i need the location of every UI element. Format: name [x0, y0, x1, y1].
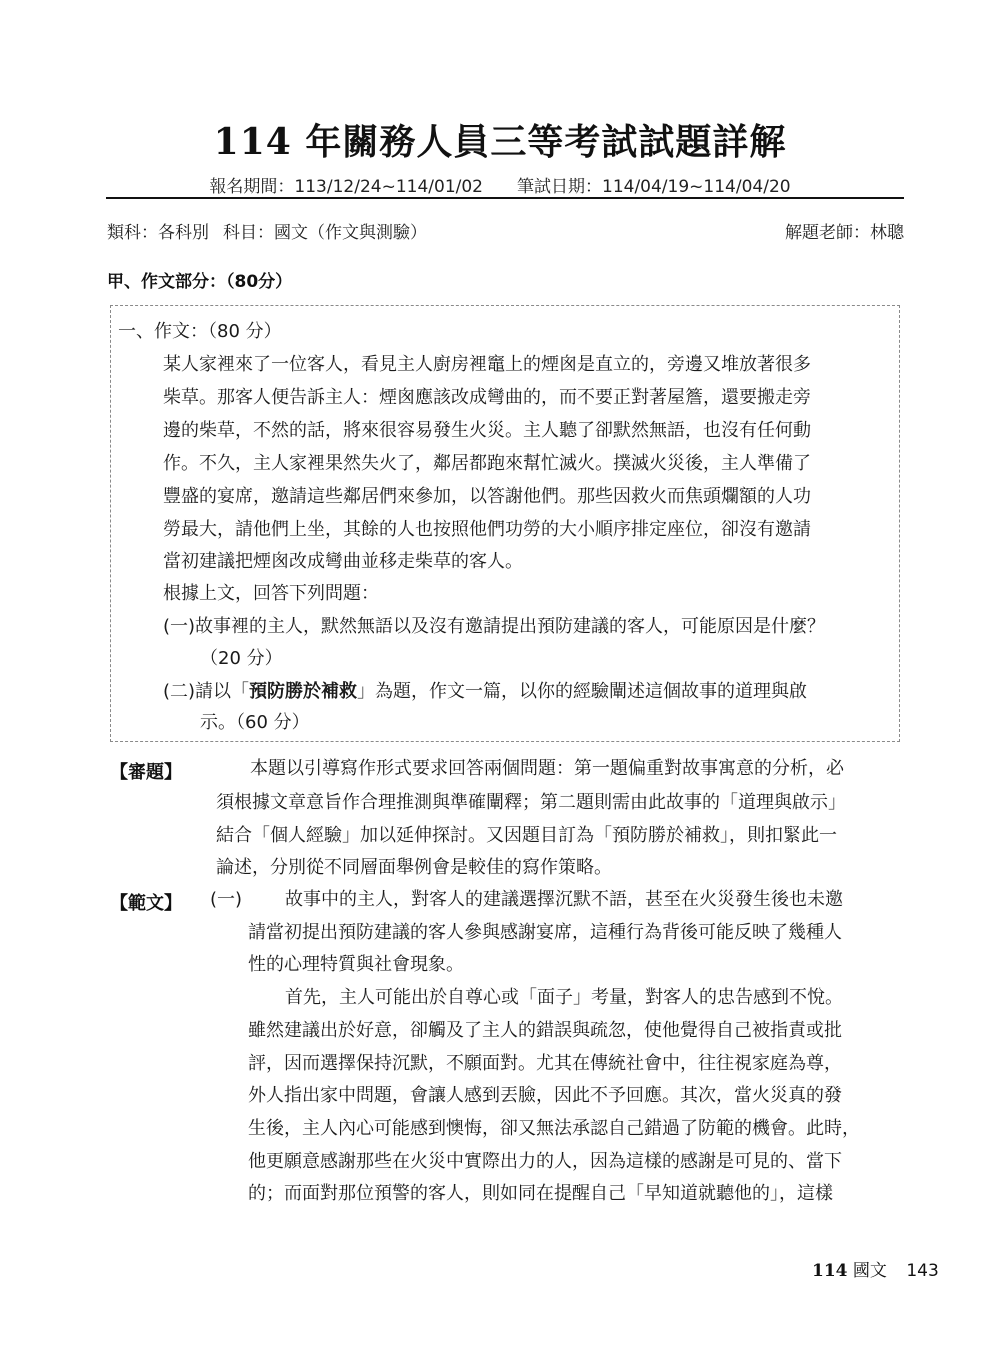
essay-line: 評，因而選擇保持沉默，不願面對。尤其在傳統社會中，往往視家庭為尊， — [248, 1054, 842, 1074]
essay-line: 故事中的主人，對客人的建議選擇沉默不語，甚至在火災發生後也未邀 — [285, 890, 843, 910]
sub-question-text: 請以「 — [195, 681, 249, 702]
passage-line: 豐盛的宴席，邀請這些鄰居們來參加，以答謝他們。那些因救火而焦頭爛額的人功 — [163, 487, 811, 507]
sub-question-text: 」為題，作文一篇，以你的經驗闡述這個故事的道理與啟 — [357, 681, 807, 702]
sub-question-1: (一)故事裡的主人，默然無語以及沒有邀請提出預防建議的客人，可能原因是什麼？ — [163, 617, 825, 637]
page-footer: 114 國文 143 — [812, 1256, 939, 1281]
essay-line: 性的心理特質與社會現象。 — [248, 955, 464, 975]
essay-line: 首先，主人可能出於自尊心或「面子」考量，對客人的忠告感到不悅。 — [285, 988, 843, 1008]
exam-dates: 報名期間：113/12/24~114/01/02筆試日期：114/04/19~1… — [0, 172, 1000, 197]
category: 類科：各科別 — [107, 223, 209, 243]
essay-line: 外人指出家中問題，會讓人感到丟臉，因此不予回應。其次，當火災真的發 — [248, 1086, 842, 1106]
question-prompt: 根據上文，回答下列問題： — [163, 584, 379, 604]
subject: 科目：國文（作文與測驗） — [223, 223, 427, 243]
page-title: 114 年關務人員三等考試試題詳解 — [0, 114, 1000, 165]
teacher: 解題老師：林聰 — [785, 218, 904, 243]
footer-subject: 國文 — [853, 1261, 887, 1281]
passage-line: 當初建議把煙囪改成彎曲並移走柴草的客人。 — [163, 552, 523, 572]
sub-question-1-score: （20 分） — [200, 649, 283, 669]
essay-line: 的；而面對那位預警的客人，則如同在提醒自己「早知道就聽他的」，這樣 — [248, 1184, 833, 1204]
footer-year: 114 — [812, 1261, 848, 1281]
model-essay-tag: 【範文】 — [110, 889, 182, 915]
passage-line: 某人家裡來了一位客人，看見主人廚房裡竈上的煙囪是直立的，旁邊又堆放著很多 — [163, 355, 811, 375]
passage-line: 柴草。那客人便告訴主人：煙囪應該改成彎曲的，而不要正對著屋簷，還要搬走旁 — [163, 388, 811, 408]
essay-line: 請當初提出預防建議的客人參與感謝宴席，這種行為背後可能反映了幾種人 — [248, 923, 842, 943]
page-number: 143 — [906, 1261, 938, 1281]
meta-row: 類科：各科別科目：國文（作文與測驗） 解題老師：林聰 — [107, 218, 904, 243]
sub-question-marker: (二) — [163, 681, 195, 702]
analysis-line: 須根據文章意旨作合理推測與準確闡釋；第二題則需由此故事的「道理與啟示」 — [216, 793, 846, 813]
header-divider — [106, 197, 904, 199]
sub-question-2-continuation: 示。（60 分） — [200, 713, 310, 733]
question-label: 一、作文：（80 分） — [118, 322, 282, 342]
essay-title: 預防勝於補救 — [249, 681, 357, 702]
section-heading: 甲、作文部分：（80分） — [107, 267, 292, 292]
passage-line: 邊的柴草，不然的話，將來很容易發生火災。主人聽了卻默然無語，也沒有任何動 — [163, 421, 811, 441]
exam-date: 筆試日期：114/04/19~114/04/20 — [517, 177, 791, 197]
sub-question-2: (二)請以「預防勝於補救」為題，作文一篇，以你的經驗闡述這個故事的道理與啟 — [163, 682, 807, 702]
part-marker: (一) — [210, 890, 242, 910]
essay-line: 生後，主人內心可能感到懊悔，卻又無法承認自己錯過了防範的機會。此時， — [248, 1119, 860, 1139]
analysis-line: 本題以引導寫作形式要求回答兩個問題：第一題偏重對故事寓意的分析，必 — [250, 759, 844, 779]
sub-question-marker: (一) — [163, 616, 195, 637]
passage-line: 勞最大，請他們上坐，其餘的人也按照他們功勞的大小順序排定座位，卻沒有邀請 — [163, 520, 811, 540]
analysis-tag: 【審題】 — [110, 758, 182, 784]
essay-line: 他更願意感謝那些在火災中實際出力的人，因為這樣的感謝是可見的、當下 — [248, 1152, 842, 1172]
essay-line: 雖然建議出於好意，卻觸及了主人的錯誤與疏忽，使他覺得自己被指責或批 — [248, 1021, 842, 1041]
analysis-line: 論述，分別從不同層面舉例會是較佳的寫作策略。 — [216, 858, 612, 878]
passage-line: 作。不久，主人家裡果然失火了，鄰居都跑來幫忙滅火。撲滅火災後，主人準備了 — [163, 454, 811, 474]
registration-period: 報名期間：113/12/24~114/01/02 — [209, 177, 483, 197]
analysis-line: 結合「個人經驗」加以延伸探討。又因題目訂為「預防勝於補救」，則扣緊此一 — [216, 826, 837, 846]
sub-question-text: 故事裡的主人，默然無語以及沒有邀請提出預防建議的客人，可能原因是什麼？ — [195, 616, 825, 637]
